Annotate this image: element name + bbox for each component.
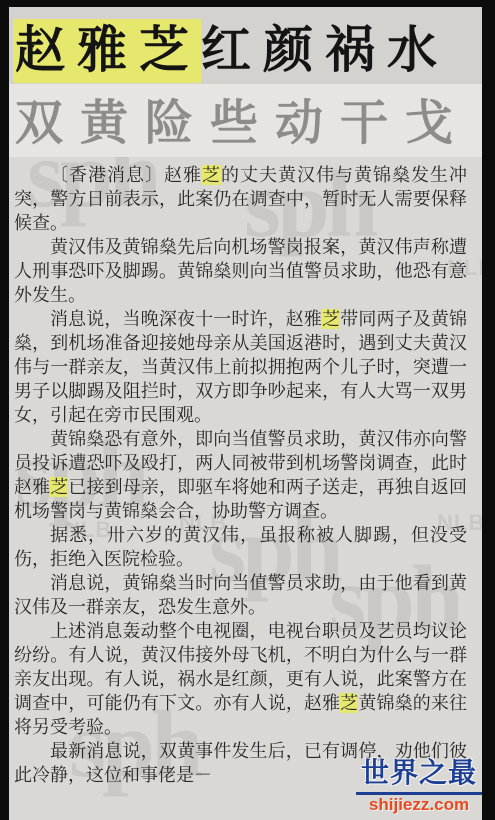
paragraph-text: 黄汉伟及黄锦燊先后向机场警岗报案，黄汉伟声称遭人刑事恐吓及脚踢。黄锦燊则向当值警… [14,237,467,305]
article-paragraph: 〔香港消息〕赵雅芝的丈夫黄汉伟与黄锦燊发生冲突，警方日前表示，此案仍在调查中，暂… [14,163,467,235]
paragraph-text: 消息说，当晚深夜十一时许，赵雅 [50,309,322,329]
highlighted-text: 芝 [340,693,358,713]
article-paragraph: 据悉，卅六岁的黄汉伟，虽报称被人脚踢，但没受伤，拒绝入医院检验。 [14,523,467,571]
headline-line1-rest: 红颜祸水 [201,22,449,78]
headline-highlighted-name: 赵雅芝 [13,19,201,83]
article-paragraph: 黄锦燊恐有意外，即向当值警员求助，黄汉伟亦向警员投诉遭恐吓及殴打，两人同被带到机… [14,427,467,523]
highlighted-text: 芝 [322,309,340,329]
article-paragraph: 上述消息轰动整个电视圈，电视台职员及艺员均议论纷纷。有人说，黄汉伟接外母飞机，不… [14,619,467,739]
paragraph-text: 已接到母亲，即驱车将她和两子送走，再独自返回机场警岗与黄锦燊会合，协助警方调查。 [14,477,467,521]
paragraph-text: 〔香港消息〕赵雅 [50,165,202,185]
site-watermark-title: 世界之最 [356,751,482,795]
headline-line1: 赵雅芝红颜祸水 [9,7,482,84]
headline-line2: 双黄险些动干戈 [9,84,482,157]
site-watermark-url: shijiezz.com [356,795,482,815]
newspaper-scan-page: sph sph sph sph sph sph NLB NLB NLB NLB … [0,0,495,820]
site-watermark: 世界之最 shijiezz.com [356,751,482,815]
article-paragraph: 消息说，当晚深夜十一时许，赵雅芝带同两子及黄锦燊，到机场准备迎接她母亲从美国返港… [14,307,467,427]
article-paragraph: 消息说，黄锦燊当时向当值警员求助，由于他看到黄汉伟及一群亲友，恐发生意外。 [14,571,467,619]
paragraph-text: 消息说，黄锦燊当时向当值警员求助，由于他看到黄汉伟及一群亲友，恐发生意外。 [14,573,467,617]
highlighted-text: 芝 [202,165,221,185]
highlighted-text: 芝 [50,477,68,497]
paragraph-text: 据悉，卅六岁的黄汉伟，虽报称被人脚踢，但没受伤，拒绝入医院检验。 [14,525,467,569]
article-body: 〔香港消息〕赵雅芝的丈夫黄汉伟与黄锦燊发生冲突，警方日前表示，此案仍在调查中，暂… [9,157,482,787]
headline: 赵雅芝红颜祸水 双黄险些动干戈 [9,7,482,157]
article-paragraph: 黄汉伟及黄锦燊先后向机场警岗报案，黄汉伟声称遭人刑事恐吓及脚踢。黄锦燊则向当值警… [14,235,467,307]
